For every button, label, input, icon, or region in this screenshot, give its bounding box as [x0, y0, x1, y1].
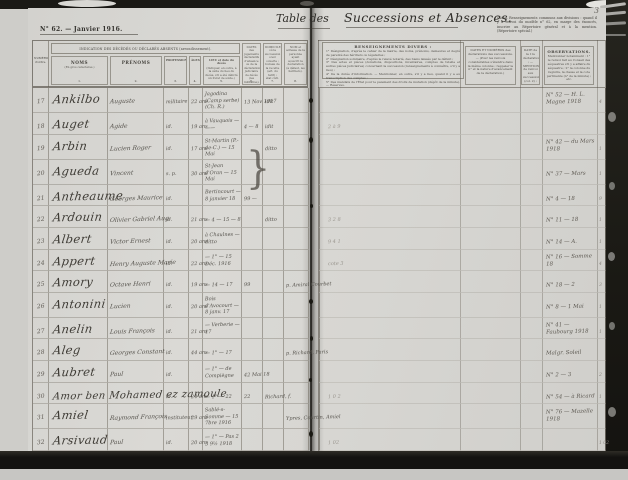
age-cell: 20 ans [189, 228, 203, 250]
surname-cell: Anelin [49, 318, 108, 340]
gutter-cell [309, 250, 319, 272]
declarant-cell [284, 206, 309, 228]
table-row: 18 Auget Agide id. 19 ans à Vauquois — —… [33, 113, 606, 135]
mentions-cell [521, 185, 543, 207]
death-place-cell: — 4 — 15 — 8 [203, 206, 242, 228]
surname-cell: Antheaume [49, 185, 108, 207]
surname-cell: Appert [49, 250, 108, 272]
death-place-cell: à Chaulnes — ditto [203, 228, 242, 250]
renseignements-cell [319, 361, 461, 383]
gutter-cell [309, 160, 319, 185]
mentions-cell [521, 250, 543, 272]
age-cell: 22 ans [189, 88, 203, 113]
renseignements-cell [319, 339, 461, 361]
death-place-cell: — 1° — de Compiègne [203, 361, 242, 383]
surname-cell: Aubret [49, 361, 108, 383]
surname-cell: Amor ben Mohamed ez zamoule [49, 383, 108, 405]
surname-cell: Aleg [49, 339, 108, 361]
column-ages: ÂGES 4. [189, 56, 201, 85]
row-number-cell: 18 [33, 113, 49, 135]
observations-cell: N° 14 — A. [543, 228, 598, 250]
edge-marks-cell: 1 [598, 160, 606, 185]
declarant-cell: p. Amiral Courbet [284, 271, 309, 293]
scan-margin-left [0, 9, 28, 451]
rule-under-issue [40, 34, 138, 35]
judgment-date-cell [242, 339, 263, 361]
surname-cell: Ardouin [49, 206, 108, 228]
mentions-cell [521, 271, 543, 293]
profession-cell: militaire [164, 88, 189, 113]
gutter-cell [309, 135, 319, 160]
right-header-divider [542, 40, 543, 88]
judgment-date-cell [242, 293, 263, 318]
age-cell: 20 ans [189, 429, 203, 451]
book-edge-right [606, 0, 628, 470]
domicile-cell [263, 339, 284, 361]
firstnames-cell: Louis François [108, 318, 164, 340]
firstnames-cell: Olivier Gabriel Aug. [108, 206, 164, 228]
scanned-register-page: N° 62. — Janvier 1916. Table des Success… [0, 0, 628, 480]
mentions-cell [521, 318, 543, 340]
table-row: 20 Agueda Vincent s. p. 30 ans St-Jean d… [33, 160, 606, 185]
age-cell: 44 ans [189, 339, 203, 361]
death-place-cell: — 1° — 17 [203, 339, 242, 361]
judgment-date-cell: 42 Mai 18 [242, 361, 263, 383]
renseignements-cell: 9 4 1 [319, 228, 461, 250]
death-place-cell: Sablé-s-Somme — 15 7bre 1916 [203, 404, 242, 429]
gutter-cell [309, 293, 319, 318]
age-cell: 19 ans [189, 113, 203, 135]
declarant-cell [284, 361, 309, 383]
declarant-cell [284, 135, 309, 160]
gutter-cell [309, 318, 319, 340]
declarant-cell: Ypres, Courtin, Amiel [284, 404, 309, 429]
profession-cell: id. [164, 135, 189, 160]
firstnames-cell: Victor Ernest [108, 228, 164, 250]
row-number-cell: 30 [33, 383, 49, 405]
dates-numeros-cell [461, 206, 521, 228]
observations-cell: N° 18 — 2 [543, 271, 598, 293]
surname-cell: Agueda [49, 160, 108, 185]
renseignements-cell: 1 0 2 [319, 383, 461, 405]
death-place-cell: — 14 — 17 [203, 271, 242, 293]
table-row: 19 Arbin Lucien Roger id. 17 ans St-Mart… [33, 135, 606, 160]
renseignements-cell: 1 02 [319, 429, 461, 451]
row-number-cell: 19 [33, 135, 49, 160]
gutter-cell [309, 185, 319, 207]
edge-marks-cell [598, 339, 606, 361]
observations-cell: N° 42 — du Mars 1918 [543, 135, 598, 160]
handwritten-brace: } [246, 143, 270, 194]
domicile-cell [263, 404, 284, 429]
death-place-cell: St-Martin (P.-de-C.) — 15 Mai [203, 135, 242, 160]
death-place-cell: à Vauquois — —— [203, 113, 242, 135]
firstnames-cell: Paul [108, 429, 164, 451]
judgment-date-cell: 99 [242, 271, 263, 293]
firstnames-cell: Paul [108, 361, 164, 383]
declarant-cell [284, 185, 309, 207]
table-row: 30 Amor ben Mohamed ez zamoule id. 24 an… [33, 383, 606, 405]
column-lieu-deces: LIEU et date du décès (Indiquer, en outr… [203, 56, 240, 85]
renseignements-cell: cote 3 [319, 250, 461, 272]
row-number-cell: 17 [33, 88, 49, 113]
dates-numeros-cell [461, 135, 521, 160]
profession-cell: id. [164, 185, 189, 207]
age-cell: 30 ans [189, 160, 203, 185]
death-place-cell: Jagodina (Camp serbe) (Ch. R.) [203, 88, 242, 113]
observations-cell: Malgr. Soleil [543, 339, 598, 361]
profession-cell: id. [164, 318, 189, 340]
judgment-date-cell: 4 — 8 [242, 113, 263, 135]
dates-numeros-cell [461, 160, 521, 185]
observations-cell: N° 16 — Somme 18 [543, 250, 598, 272]
page-edge-speck [608, 112, 616, 122]
gutter-cell [309, 206, 319, 228]
dates-numeros-cell [461, 404, 521, 429]
firstnames-cell: Georges Constant [108, 339, 164, 361]
dates-numeros-cell [461, 113, 521, 135]
column-nom-adresse: NOM et adresse de la personne ayant sous… [284, 43, 307, 85]
surname-cell: Arsivaud [49, 429, 108, 451]
column-observations: OBSERVATIONS. Mentionner notamment : 1° … [544, 46, 594, 85]
gutter-cell [309, 228, 319, 250]
edge-marks-cell: 1 [598, 293, 606, 318]
death-place-cell: Bertincourt — 8 janvier 18 [203, 185, 242, 207]
profession-cell: s. p. [164, 160, 189, 185]
profession-cell: id. [164, 228, 189, 250]
renseignements-cell [319, 293, 461, 318]
gutter-cell [309, 88, 319, 113]
left-table-header: NUMÉROS d'ordre. INDICATION DES DÉCÉDÉS … [32, 40, 308, 88]
dates-numeros-cell [461, 339, 521, 361]
row-number-cell: 26 [33, 293, 49, 318]
renseignements-cell: 2 à 9 [319, 113, 461, 135]
group-header: INDICATION DES DÉCÉDÉS OU DÉCLARÉS ABSEN… [51, 43, 240, 54]
profession-cell: instituteur [164, 404, 189, 429]
domicile-cell [263, 271, 284, 293]
death-place-cell: — Verberie — 17 [203, 318, 242, 340]
renseignements-cell [319, 271, 461, 293]
table-row: 31 Amiel Raymond François instituteur 29… [33, 404, 606, 429]
dates-numeros-cell [461, 271, 521, 293]
mentions-cell [521, 383, 543, 405]
age-cell [189, 185, 203, 207]
right-table-top-line [318, 40, 605, 41]
dates-numeros-cell [461, 228, 521, 250]
page-edge-speck [608, 252, 615, 261]
dates-numeros-cell [461, 361, 521, 383]
age-cell: 19 ans [189, 271, 203, 293]
mentions-cell [521, 429, 543, 451]
table-row: 26 Antonini Lucien id. 20 ans Bois d'Avo… [33, 293, 606, 318]
table-row: 23 Albert Victor Ernest id. 20 ans à Cha… [33, 228, 606, 250]
domicile-cell: ditto [263, 206, 284, 228]
declarant-cell [284, 88, 309, 113]
page-edge-speck [608, 407, 616, 417]
renseignements-cell [319, 135, 461, 160]
right-header-divider [597, 40, 598, 88]
edge-marks-cell: 1 [598, 206, 606, 228]
surname-cell: Ankilbo [49, 88, 108, 113]
observations-cell: N° 54 — à Ricard [543, 383, 598, 405]
row-number-cell: 32 [33, 429, 49, 451]
page-edge-speck [609, 182, 615, 190]
age-cell: 21 ans [189, 206, 203, 228]
age-cell: 20 ans [189, 293, 203, 318]
page-title-right: Successions et Absences. [344, 10, 512, 25]
surname-cell: Amory [49, 271, 108, 293]
death-place-cell: — 1° — 15 Déc. 1916 [203, 250, 242, 272]
firstnames-cell: Henry Auguste Marie [108, 250, 164, 272]
profession-cell: id. [164, 293, 189, 318]
judgment-date-cell: 13 Nov 1917 [242, 88, 263, 113]
renseignements-cell [319, 160, 461, 185]
surname-cell: Amiel [49, 404, 108, 429]
firstnames-cell: Agide [108, 113, 164, 135]
firstnames-cell: Lucien [108, 293, 164, 318]
judgment-date-cell [242, 250, 263, 272]
mentions-cell [521, 339, 543, 361]
row-number-cell: 24 [33, 250, 49, 272]
handwritten-page-number: 3 [594, 6, 599, 15]
table-row: 21 Antheaume Georges Maurice id. Bertinc… [33, 185, 606, 207]
table-rows: 17 Ankilbo Auguste militaire 22 ans Jago… [32, 88, 606, 451]
edge-marks-cell: 1 02 [598, 429, 606, 451]
domicile-cell [263, 293, 284, 318]
firstnames-cell: Raymond François [108, 404, 164, 429]
column-domicile: DOMICILE où la succession s'est ouverte … [263, 43, 282, 85]
judgment-date-cell [242, 318, 263, 340]
page-title-left: Table des [276, 12, 329, 25]
renseignements-cell: 3 2 8 [319, 206, 461, 228]
firstnames-cell: Octave Henri [108, 271, 164, 293]
profession-cell: id. [164, 339, 189, 361]
row-number-cell: 25 [33, 271, 49, 293]
table-row: 22 Ardouin Olivier Gabriel Aug. id. 21 a… [33, 206, 606, 228]
edge-marks-cell: 4 [598, 250, 606, 272]
renseignements-cell [319, 88, 461, 113]
observations-cell: N° 4 — 18 [543, 185, 598, 207]
observations-cell [543, 113, 598, 135]
judgment-date-cell [242, 404, 263, 429]
mentions-cell [521, 293, 543, 318]
observations-cell: N° 11 — 18 [543, 206, 598, 228]
row-number-cell: 21 [33, 185, 49, 207]
page-edge-speck [609, 322, 615, 330]
renseignements-cell [319, 185, 461, 207]
row-number-cell: 28 [33, 339, 49, 361]
judgment-date-cell [242, 206, 263, 228]
firstnames-cell: Auguste [108, 88, 164, 113]
age-cell: 17 ans [189, 135, 203, 160]
death-place-cell: — 1° — 22 [203, 383, 242, 405]
mentions-cell [521, 361, 543, 383]
dates-numeros-cell [461, 293, 521, 318]
row-number-cell: 29 [33, 361, 49, 383]
surname-cell: Albert [49, 228, 108, 250]
observations-cell: N° 2 — 3 [543, 361, 598, 383]
dates-numeros-cell [461, 250, 521, 272]
death-place-cell: — 1° — Pas 2 3 9½ 1918 [203, 429, 242, 451]
edge-marks-cell: 4 [598, 88, 606, 113]
age-cell: 21 ans [189, 318, 203, 340]
death-place-cell: St-Jean d'Oran — 15 Mai [203, 160, 242, 185]
observations-cell: N° 52 — H. L. Magne 1918 [543, 88, 598, 113]
column-prenoms: PRÉNOMS 2. [110, 56, 162, 85]
column-mentions: DATE de la 1re déclaration ; — MENTIONS … [521, 46, 540, 85]
declarant-cell: p. Richard, Paris [284, 339, 309, 361]
row-number-cell: 22 [33, 206, 49, 228]
surname-cell: Antonini [49, 293, 108, 318]
rule-under-title-left [278, 28, 330, 29]
printed-note: (Nota. Renseignements communs aux divisi… [497, 16, 597, 34]
edge-marks-cell [598, 404, 606, 429]
age-cell: 29 ans [189, 404, 203, 429]
dates-numeros-cell [461, 429, 521, 451]
mentions-cell [521, 88, 543, 113]
table-row: 17 Ankilbo Auguste militaire 22 ans Jago… [33, 88, 606, 113]
scan-artifact [58, 0, 116, 7]
profession-cell: id. [164, 429, 189, 451]
row-number-cell: 27 [33, 318, 49, 340]
declarant-cell [284, 293, 309, 318]
domicile-cell: Richard, f. [263, 383, 284, 405]
renseignements-divers-box: RENSEIGNEMENTS DIVERS : 1° Désignation, … [322, 42, 464, 79]
edge-marks-cell [598, 113, 606, 135]
column-noms: NOMS (En gros caractères.) 1. [51, 56, 108, 85]
mentions-cell [521, 228, 543, 250]
profession-cell: id. [164, 271, 189, 293]
gutter-cell [309, 429, 319, 451]
scan-bed-bottom [0, 469, 628, 480]
column-dates-numeros: DATES ET NUMÉROS des déclarations des su… [465, 46, 516, 85]
domicile-cell: idit [263, 113, 284, 135]
domicile-cell [263, 250, 284, 272]
row-number-cell: 31 [33, 404, 49, 429]
scan-artifact [300, 1, 314, 6]
dates-numeros-cell [461, 185, 521, 207]
observations-cell: N° 37 — Mars [543, 160, 598, 185]
scan-edge-bottom [0, 451, 628, 469]
observations-cell [543, 429, 598, 451]
edge-marks-cell: 1 [598, 135, 606, 160]
firstnames-cell: Vincent [108, 160, 164, 185]
edge-marks-cell: 9 [598, 185, 606, 207]
edge-marks-cell: 3 [598, 271, 606, 293]
gutter-cell [309, 361, 319, 383]
death-place-cell: Bois d'Avocourt — 8 janv. 17 [203, 293, 242, 318]
profession-cell: id. [164, 113, 189, 135]
declarant-cell [284, 160, 309, 185]
domicile-cell [263, 228, 284, 250]
declarant-cell [284, 113, 309, 135]
dates-numeros-cell [461, 88, 521, 113]
age-cell: 22 ans [189, 250, 203, 272]
surname-cell: Arbin [49, 135, 108, 160]
table-row: 27 Anelin Louis François id. 21 ans — Ve… [33, 318, 606, 340]
mentions-cell [521, 113, 543, 135]
table-row: 32 Arsivaud Paul id. 20 ans — 1° — Pas 2… [33, 429, 606, 451]
table-row: 29 Aubret Paul id. — 1° — de Compiègne 4… [33, 361, 606, 383]
edge-marks-cell: 1 [598, 318, 606, 340]
column-professions: PROFESSIONS 3. [164, 56, 187, 85]
judgment-date-cell [242, 429, 263, 451]
rule-under-title-right [346, 27, 458, 28]
gutter-cell [309, 113, 319, 135]
age-cell: 24 ans [189, 383, 203, 405]
column-dates-jugements: DATES des jugements déclaratifs d'absenc… [242, 43, 261, 85]
profession-cell: id. [164, 250, 189, 272]
declarant-cell [284, 429, 309, 451]
domicile-cell [263, 318, 284, 340]
age-cell [189, 361, 203, 383]
mentions-cell [521, 206, 543, 228]
row-number-cell: 23 [33, 228, 49, 250]
declarant-cell [284, 318, 309, 340]
renseignements-cell [319, 318, 461, 340]
judgment-date-cell [242, 228, 263, 250]
observations-cell: N° 41 — Faubourg 1918 [543, 318, 598, 340]
observations-cell: N° 8 — 1 Mai [543, 293, 598, 318]
table-row: 25 Amory Octave Henri id. 19 ans — 14 — … [33, 271, 606, 293]
gutter-cell [309, 383, 319, 405]
domicile-cell [263, 429, 284, 451]
edge-marks-cell: 1 [598, 383, 606, 405]
edge-marks-cell: 2 [598, 361, 606, 383]
profession-cell: id. [164, 206, 189, 228]
declarant-cell [284, 228, 309, 250]
surname-cell: Auget [49, 113, 108, 135]
table-row: 28 Aleg Georges Constant id. 44 ans — 1°… [33, 339, 606, 361]
judgment-date-cell: 22 [242, 383, 263, 405]
row-number-cell: 20 [33, 160, 49, 185]
issue-label: N° 62. — Janvier 1916. [40, 26, 123, 33]
table-row: 24 Appert Henry Auguste Marie id. 22 ans… [33, 250, 606, 272]
dates-numeros-cell [461, 318, 521, 340]
profession-cell: id. [164, 361, 189, 383]
mentions-cell [521, 404, 543, 429]
column-order-number: NUMÉROS d'ordre. [33, 41, 49, 87]
dates-numeros-cell [461, 383, 521, 405]
mentions-cell [521, 160, 543, 185]
edge-marks-cell: 1 [598, 228, 606, 250]
firstnames-cell: Lucien Roger [108, 135, 164, 160]
observations-cell: N° 76 — Mazelle 1918 [543, 404, 598, 429]
mentions-cell [521, 135, 543, 160]
declarant-cell [284, 250, 309, 272]
